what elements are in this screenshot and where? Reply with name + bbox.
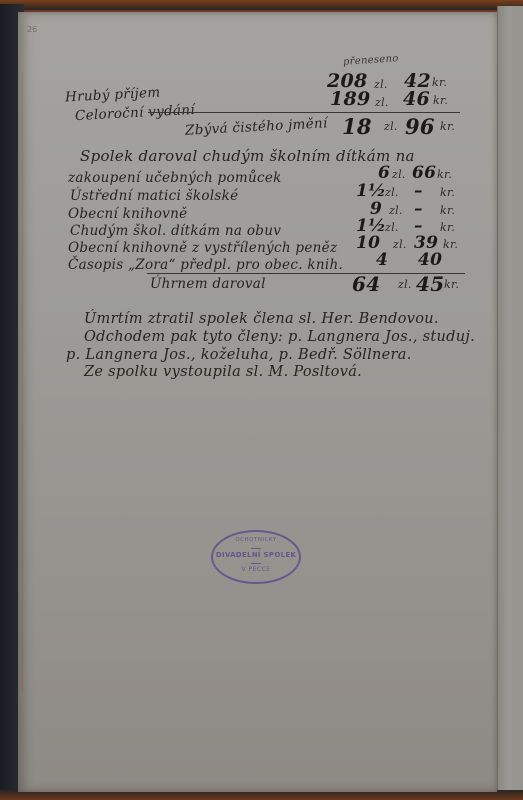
summary-kr-unit: kr. <box>440 120 455 133</box>
donation-kr-unit: kr. <box>437 168 452 181</box>
donation-kr-unit: kr. <box>440 204 455 217</box>
summary-kr-unit: kr. <box>432 76 447 89</box>
stamp-dash <box>251 563 261 564</box>
membership-line: Odchodem pak tyto členy: p. Langnera Jos… <box>84 329 475 345</box>
society-stamp: OCHOTNICKÝ DIVADELNÍ SPOLEK V PECCE <box>211 530 301 584</box>
donations-total-zl: 64 <box>352 272 380 296</box>
summary-zl-unit: zl. <box>375 96 389 109</box>
donation-kr: 40 <box>418 250 442 270</box>
donation-label: Časopis „Zora“ předpl. pro obec. knih. <box>68 257 343 273</box>
summary-divider <box>148 112 460 113</box>
stamp-line-1: OCHOTNICKÝ <box>213 537 299 543</box>
donations-intro: Spolek daroval chudým školním dítkám na <box>80 147 415 165</box>
stamp-line-3: V PECCE <box>213 566 299 573</box>
donation-kr-unit: kr. <box>440 186 455 199</box>
summary-kr: 46 <box>403 88 430 110</box>
stamp-dash <box>251 548 261 549</box>
summary-zl: 189 <box>330 88 371 110</box>
donations-total-zl-unit: zl. <box>398 278 412 291</box>
summary-zl-unit: zl. <box>384 120 398 133</box>
donation-zl-unit: zl. <box>393 238 407 251</box>
summary-kr-unit: kr. <box>433 94 448 107</box>
donation-zl-unit: zl. <box>389 204 403 217</box>
donation-label: Obecní knihovně z vystřílených peněz <box>68 240 337 256</box>
donation-zl: 4 <box>376 250 388 270</box>
donation-kr-unit: kr. <box>443 238 458 251</box>
donation-label: Chudým škol. dítkám na obuv <box>70 223 281 239</box>
membership-line: Úmrtím ztratil spolek člena sl. Her. Ben… <box>84 311 439 327</box>
donation-zl-unit: zl. <box>385 186 399 199</box>
donation-zl-unit: zl. <box>392 168 406 181</box>
donation-zl: 6 <box>378 163 390 183</box>
summary-kr: 96 <box>405 114 435 139</box>
donation-kr: – <box>414 181 423 201</box>
summary-zl-unit: zl. <box>374 78 388 91</box>
donation-zl: 1½ <box>356 181 386 201</box>
donation-kr-unit: kr. <box>440 221 455 234</box>
book-cover-top <box>0 0 523 10</box>
membership-line: p. Langnera Jos., koželuha, p. Bedř. Söl… <box>66 347 412 363</box>
donation-label: Ústřední matici školské <box>70 188 238 204</box>
membership-line: Ze spolku vystoupila sl. M. Posltová. <box>84 364 362 380</box>
donation-label: Obecní knihovně <box>68 206 187 222</box>
donation-label: zakoupení učebných pomůcek <box>68 170 282 186</box>
stamp-line-2: DIVADELNÍ SPOLEK <box>213 551 299 559</box>
donations-total-label: Úhrnem daroval <box>150 276 266 292</box>
adjacent-page-edge <box>497 6 523 790</box>
donation-kr: 66 <box>412 163 436 183</box>
donations-total-kr-unit: kr. <box>444 278 459 291</box>
page-number: 26 <box>27 25 37 34</box>
donations-total-kr: 45 <box>416 272 444 296</box>
summary-zl: 18 <box>342 114 372 139</box>
donation-zl-unit: zl. <box>385 221 399 234</box>
